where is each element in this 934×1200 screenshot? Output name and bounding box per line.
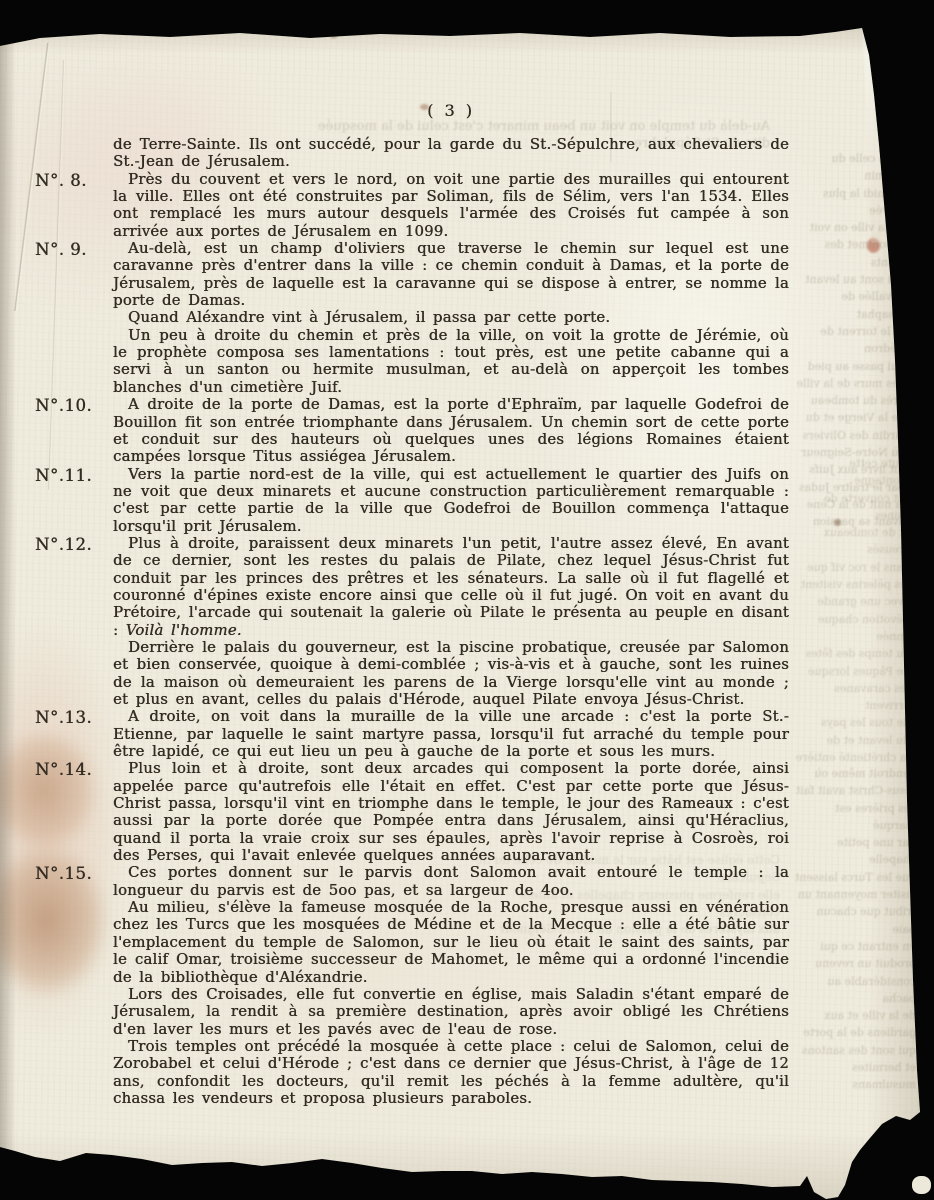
- section: N°.15.Ces portes donnent sur le parvis d…: [113, 864, 789, 1107]
- paragraph-text: Vers la partie nord-est de la ville, qui…: [113, 466, 789, 535]
- scanned-document: Au-delà du temple on voit un beau minare…: [0, 0, 934, 1200]
- paper-sheet: Au-delà du temple on voit un beau minare…: [0, 0, 934, 1200]
- paragraph-text: de Terre-Sainte. Ils ont succédé, pour l…: [113, 136, 789, 171]
- section-number-label: N°. 8.: [35, 172, 109, 189]
- paragraph-text: Plus loin et à droite, sont deux arcades…: [113, 760, 789, 864]
- paragraph-text: Quand Aléxandre vint à Jérusalem, il pas…: [113, 309, 789, 326]
- edge-shadow: [845, 28, 920, 1178]
- paragraph-text: A droite, on voit dans la muraille de la…: [113, 708, 789, 760]
- section-number-label: N°.12.: [35, 536, 109, 553]
- section-number-label: N°.15.: [35, 865, 109, 882]
- section: N°.11.Vers la partie nord-est de la vill…: [113, 466, 789, 535]
- document-body: de Terre-Sainte. Ils ont succédé, pour l…: [113, 136, 789, 1107]
- section-number-label: N°.14.: [35, 761, 109, 778]
- paragraph-text: Ces portes donnent sur le parvis dont Sa…: [113, 864, 789, 899]
- paragraph-text: Derrière le palais du gouverneur, est la…: [113, 639, 789, 708]
- section: N°.14.Plus loin et à droite, sont deux a…: [113, 760, 789, 864]
- edge-shadow: [0, 28, 934, 54]
- section: N°. 9.Au-delà, est un champ d'oliviers q…: [113, 240, 789, 396]
- section-number-label: N°.13.: [35, 709, 109, 726]
- paper-spot: [575, 30, 581, 35]
- section: N°. 8.Près du couvent et vers le nord, o…: [113, 171, 789, 240]
- edge-shadow: [0, 30, 16, 1160]
- page-number: ( 3 ): [113, 101, 789, 120]
- paragraph-text: Près du couvent et vers le nord, on voit…: [113, 171, 789, 240]
- paragraph-text: Au milieu, s'élève la fameuse mosquée de…: [113, 899, 789, 986]
- paper-fragment: [912, 1176, 931, 1194]
- section: de Terre-Sainte. Ils ont succédé, pour l…: [113, 136, 789, 171]
- paragraph-text: Trois temples ont précédé la mosquée à c…: [113, 1038, 789, 1107]
- section: N°.13.A droite, on voit dans la muraille…: [113, 708, 789, 760]
- section: N°.10.A droite de la porte de Damas, est…: [113, 396, 789, 465]
- section-number-label: N°. 9.: [35, 241, 109, 258]
- paragraph-text: Un peu à droite du chemin et près de la …: [113, 327, 789, 396]
- paragraph-text: Lors des Croisades, elle fut convertie e…: [113, 986, 789, 1038]
- paragraph-text: Plus à droite, paraissent deux minarets …: [113, 535, 789, 639]
- section-number-label: N°.11.: [35, 467, 109, 484]
- paragraph-text: A droite de la porte de Damas, est la po…: [113, 396, 789, 465]
- paragraph-text: Au-delà, est un champ d'oliviers que tra…: [113, 240, 789, 309]
- section: N°.12.Plus à droite, paraissent deux min…: [113, 535, 789, 708]
- edge-shadow: [0, 1110, 934, 1200]
- section-number-label: N°.10.: [35, 397, 109, 414]
